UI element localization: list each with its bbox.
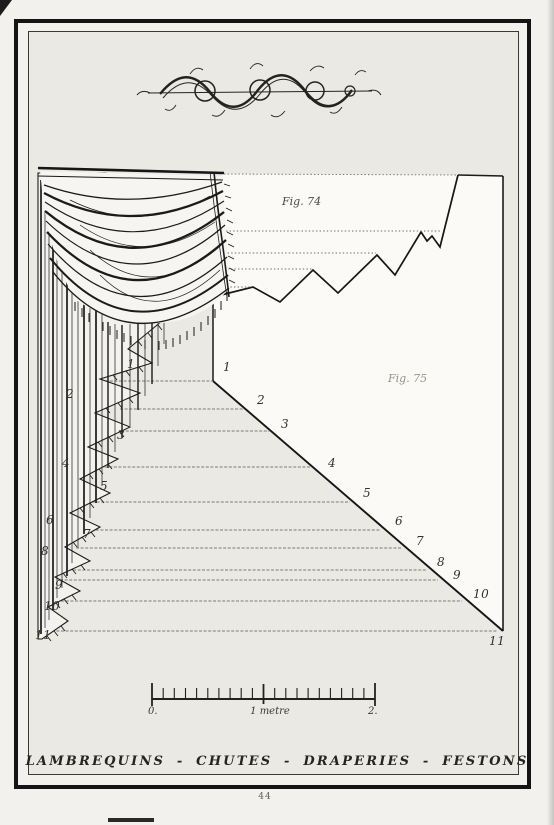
left-mark-4: 4 <box>62 457 70 469</box>
ribbon-ornament-icon <box>137 64 381 117</box>
left-mark-8: 8 <box>41 545 49 557</box>
left-mark-3: 3 <box>117 429 125 441</box>
left-mark-11: 11 <box>35 629 51 641</box>
plate-artwork <box>0 0 554 825</box>
diagonal-mark-7: 7 <box>416 535 424 547</box>
diagonal-mark-6: 6 <box>395 515 403 527</box>
scale-metre-label: 1 metre <box>240 706 300 717</box>
diagonal-mark-3: 3 <box>281 418 289 430</box>
left-mark-7: 7 <box>83 528 91 540</box>
diagonal-mark-9: 9 <box>453 569 461 581</box>
fig-74-label: Fig. 74 <box>282 195 321 208</box>
left-mark-1: 1 <box>127 358 135 370</box>
book-plate-page: Fig. 74 Fig. 75 1 2 3 4 5 6 7 8 9 10 11 … <box>0 0 554 825</box>
diagonal-mark-8: 8 <box>437 556 445 568</box>
fig-75-label: Fig. 75 <box>388 372 427 385</box>
left-mark-5: 5 <box>100 480 108 492</box>
plate-caption: LAMBREQUINS - CHUTES - DRAPERIES - FESTO… <box>0 754 554 769</box>
left-mark-9: 9 <box>55 579 63 591</box>
left-mark-10: 10 <box>44 600 60 612</box>
left-mark-6: 6 <box>46 514 54 526</box>
diagonal-mark-2: 2 <box>257 394 265 406</box>
page-number: 44 <box>0 792 530 802</box>
scale-bar <box>152 683 375 706</box>
diagonal-mark-1: 1 <box>223 361 231 373</box>
left-mark-2: 2 <box>66 388 74 400</box>
scale-two-label: 2. <box>368 706 378 717</box>
diagonal-mark-11: 11 <box>489 635 505 647</box>
diagonal-mark-5: 5 <box>363 487 371 499</box>
diagonal-mark-10: 10 <box>473 588 489 600</box>
curtain-illustration <box>38 168 235 641</box>
diagonal-mark-4: 4 <box>328 457 336 469</box>
scale-zero-label: 0. <box>148 706 158 717</box>
